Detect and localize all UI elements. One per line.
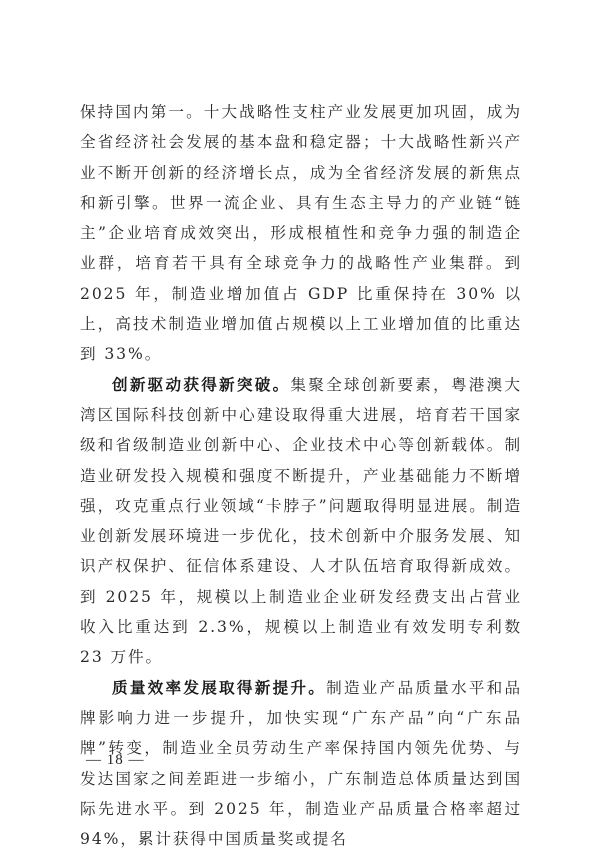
paragraph-heading: 创新驱动获得新突破。 <box>112 375 290 394</box>
paragraph-innovation: 创新驱动获得新突破。集聚全球创新要素，粤港澳大湾区国际科技创新中心建设取得重大进… <box>80 370 522 673</box>
paragraph-text: 集聚全球创新要素，粤港澳大湾区国际科技创新中心建设取得重大进展，培育若干国家级和… <box>80 376 522 667</box>
paragraph-heading: 质量效率发展取得新提升。 <box>112 678 326 697</box>
paragraph-quality: 质量效率发展取得新提升。制造业产品质量水平和品牌影响力进一步提升，加快实现“广东… <box>80 673 522 848</box>
paragraph-text: 保持国内第一。十大战略性支柱产业发展更加巩固，成为全省经济社会发展的基本盘和稳定… <box>80 103 522 363</box>
paragraph-text: 制造业产品质量水平和品牌影响力进一步提升，加快实现“广东产品”向“广东品牌”转变… <box>80 679 522 848</box>
paragraph-continuation: 保持国内第一。十大战略性支柱产业发展更加巩固，成为全省经济社会发展的基本盘和稳定… <box>80 97 522 370</box>
page-number: — 18 — <box>86 752 145 769</box>
document-page-body: 保持国内第一。十大战略性支柱产业发展更加巩固，成为全省经济社会发展的基本盘和稳定… <box>80 97 522 848</box>
